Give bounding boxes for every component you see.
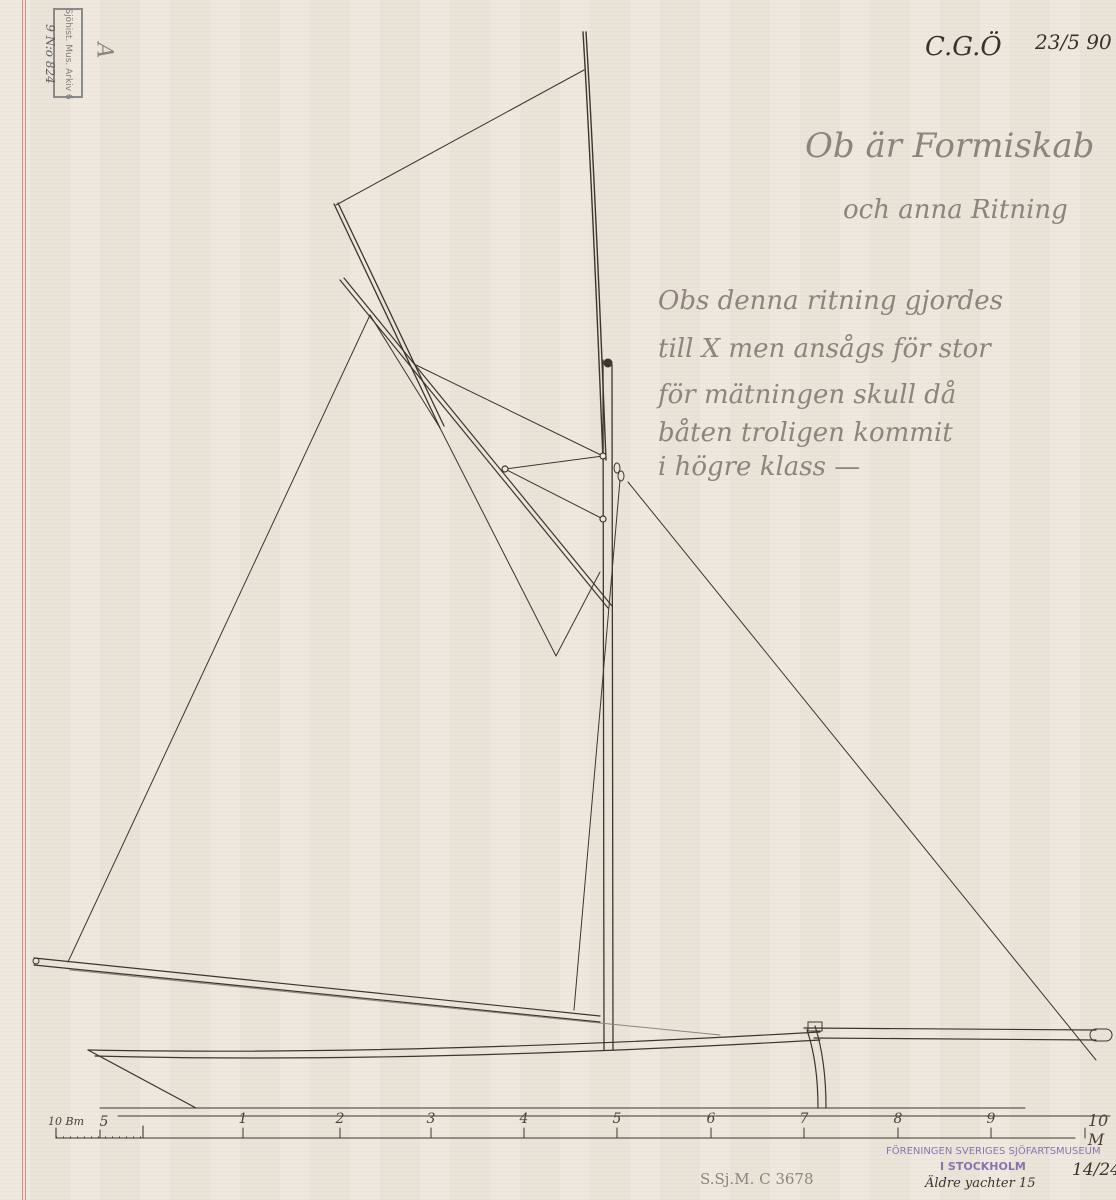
category-label: Äldre yachter 15 (925, 1176, 1035, 1191)
sheet-ref: 14/24 (1072, 1160, 1116, 1180)
note-line: Ob är Formiskab (805, 126, 1094, 166)
topmast (583, 32, 603, 460)
sail-plan-drawing (0, 0, 1116, 1200)
signature: C.G.Ö (925, 32, 1002, 62)
museum-stamp-line-2: I STOCKHOLM (940, 1160, 1026, 1173)
note-line: båten troligen kommit (658, 418, 953, 448)
note-line: till X men ansågs för stor (658, 334, 991, 364)
scale-tick-label: 7 (800, 1111, 809, 1127)
catalog-number: S.Sj.M. C 3678 (700, 1170, 814, 1188)
scale-tick-label: 2 (336, 1111, 345, 1127)
scale-tick-label: 6 (707, 1111, 716, 1127)
scale-right-label: 10 M (1088, 1111, 1108, 1149)
scale-tick-label: 3 (427, 1111, 436, 1127)
drawing-sheet: Sjöhist. Mus. Arkiv 6 9 N:o 824 A (0, 0, 1116, 1200)
date: 23/5 90 (1035, 30, 1112, 54)
scale-tick-label: 4 (520, 1111, 529, 1127)
note-line: och anna Ritning (843, 195, 1068, 225)
scale-tick-label: 1 (239, 1111, 248, 1127)
note-line: för mätningen skull då (658, 380, 956, 410)
scale-sub-label: 5 (100, 1114, 109, 1130)
scale-tick-label: 9 (987, 1111, 996, 1127)
note-line: i högre klass — (658, 452, 860, 482)
note-line: Obs denna ritning gjordes (658, 286, 1003, 316)
scale-tick-label: 8 (894, 1111, 903, 1127)
scale-left-label: 10 Bm (48, 1115, 84, 1128)
scale-tick-label: 5 (613, 1111, 622, 1127)
museum-stamp-line-1: FÖRENINGEN SVERIGES SJÖFARTSMUSEUM (886, 1146, 1101, 1157)
